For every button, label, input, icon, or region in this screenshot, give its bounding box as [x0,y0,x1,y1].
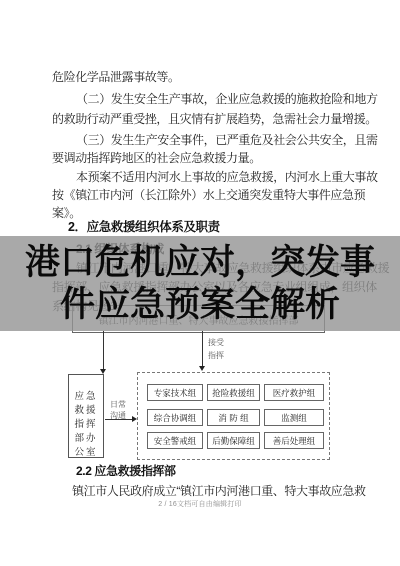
body-line: 镇江市人民政府成立“镇江市内河港口重、特大事故应急救 [72,484,366,498]
group-box-expert-tech: 专家技术组 [147,384,203,401]
group-box-medical: 医疗救护组 [264,384,324,401]
accept-command-label: 接受 [208,337,224,348]
group-box-security: 安全警戒组 [147,432,203,449]
daily-communication-label: 沟通 [110,410,126,421]
body-line: （二）发生安全生产事故，企业应急救援的施救抢险和地方 [76,92,378,106]
document-page: 危险化学品泄露事故等。 （二）发生安全生产事故，企业应急救援的施救抢险和地方 的… [0,0,400,566]
group-box-monitoring: 监测组 [264,409,324,426]
body-line: 的救助行动严重受挫，且灾情有扩展趋势，急需社会力量增援。 [52,112,377,126]
group-box-fire: 消 防 组 [207,409,260,426]
headline-line-2: 件应急预案全解析 [0,287,400,324]
body-line: 要调动指挥跨地区的社会应急救援力量。 [52,151,261,165]
daily-communication-label: 日常 [110,399,126,410]
group-box-aftermath: 善后处理组 [264,432,324,449]
arrow-down-icon [199,366,205,371]
body-line: 本预案不适用内河水上事故的应急救援，内河水上重大事故 [76,170,378,184]
body-line: （三）发生生产安全事件，已严重危及社会公共安全，且需 [76,133,378,147]
section-2-heading: 2．应急救援组织体系及职责 [68,220,220,234]
body-line: 按《镇江市内河（长江除外）水上交通突发重特大事件应急预 [52,188,365,202]
org-chart-office-box: 应急救援指挥部办公室 [68,374,104,458]
connector-line [202,331,203,366]
group-box-logistics: 后勤保障组 [207,432,260,449]
body-line: 危险化学品泄露事故等。 [52,70,180,84]
group-box-coordination: 综合协调组 [147,409,203,426]
body-line: 案》。 [52,206,81,220]
connector-line [103,331,104,369]
group-box-rescue: 抢险救援组 [207,384,260,401]
page-footer: 2 / 16文档可自由编辑打印 [0,499,400,509]
accept-command-label: 指挥 [208,350,224,361]
section-2-2-heading: 2.2 应急救援指挥部 [76,464,176,478]
headline-line-1: 港口危机应对，突发事 [0,245,400,282]
